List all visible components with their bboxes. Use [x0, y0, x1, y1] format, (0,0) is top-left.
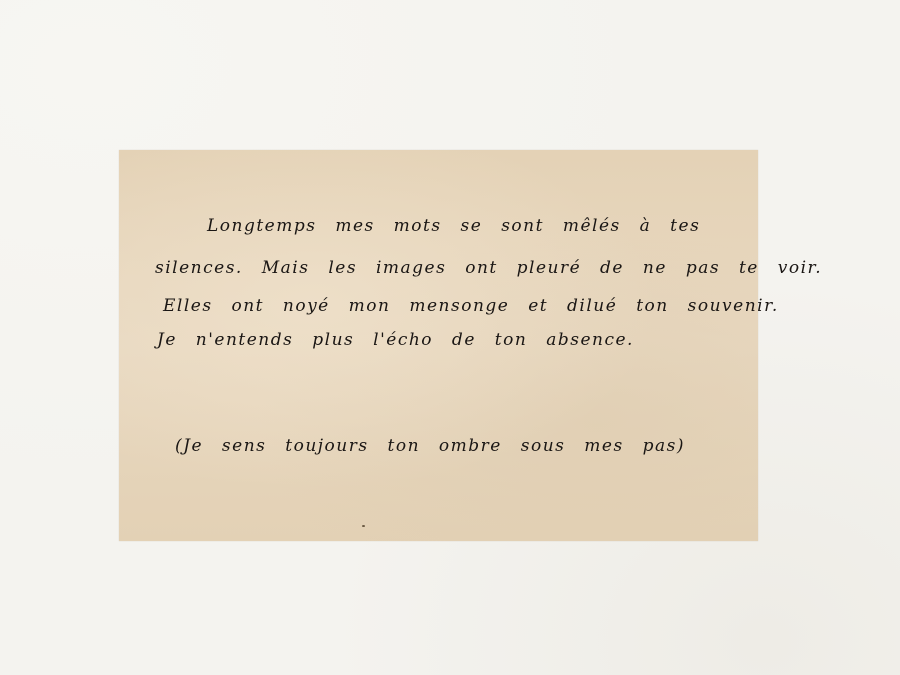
- paper-speck: [362, 525, 365, 527]
- postscript-line: (Je sens toujours ton ombre sous mes pas…: [175, 436, 685, 456]
- text-line-1: Longtemps mes mots se sont mêlés à tes: [207, 216, 700, 236]
- text-line-3: Elles ont noyé mon mensonge et dilué ton…: [163, 296, 779, 316]
- text-line-4: Je n'entends plus l'écho de ton absence.: [157, 330, 634, 350]
- text-line-2: silences. Mais les images ont pleuré de …: [155, 258, 822, 278]
- handwritten-paper: Longtemps mes mots se sont mêlés à tes s…: [119, 150, 758, 541]
